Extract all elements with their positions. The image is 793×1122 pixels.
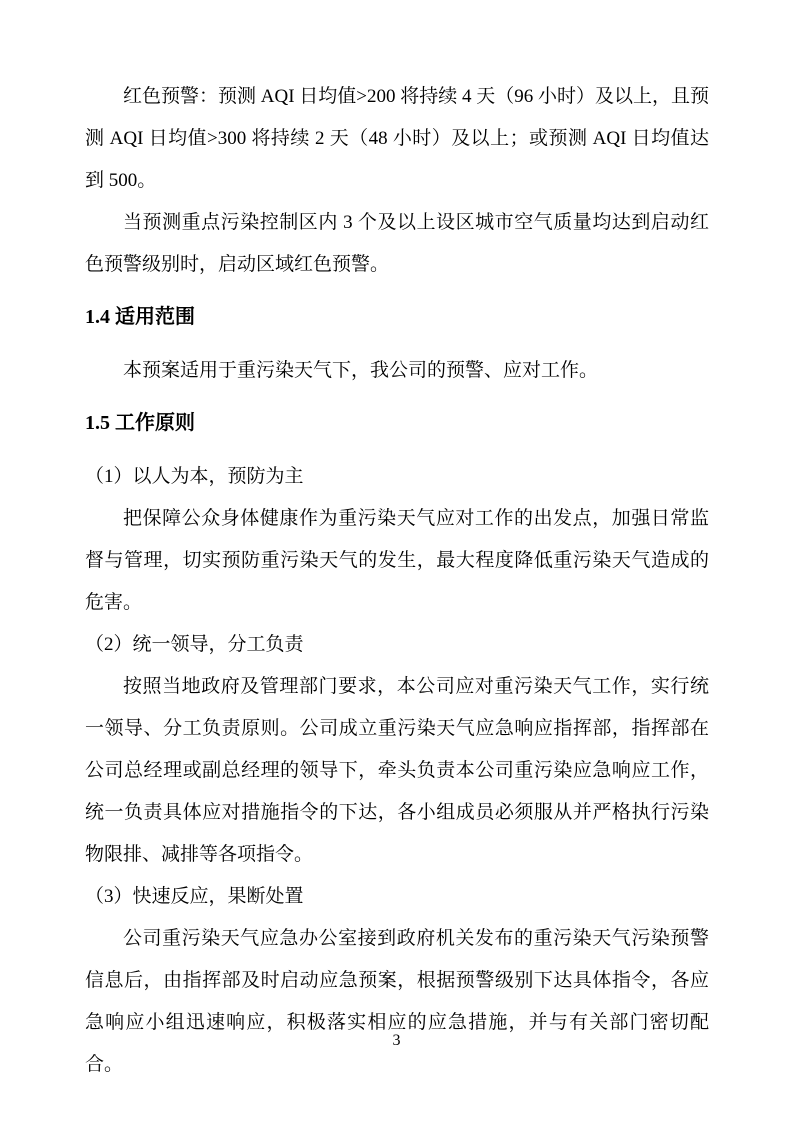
document-body: 红色预警：预测 AQI 日均值>200 将持续 4 天（96 小时）及以上，且预… bbox=[85, 76, 709, 1086]
heading-1-5-principles: 1.5 工作原则 bbox=[85, 402, 709, 444]
heading-1-4-scope: 1.4 适用范围 bbox=[85, 296, 709, 338]
list-label-principle-1: （1）以人为本，预防为主 bbox=[85, 456, 709, 498]
list-label-principle-2: （2）统一领导，分工负责 bbox=[85, 624, 709, 666]
para-scope-body: 本预案适用于重污染天气下，我公司的预警、应对工作。 bbox=[85, 350, 709, 392]
page-number: 3 bbox=[0, 1030, 793, 1052]
para-principle-3-body: 公司重污染天气应急办公室接到政府机关发布的重污染天气污染预警信息后，由指挥部及时… bbox=[85, 918, 709, 1086]
list-label-principle-3: （3）快速反应，果断处置 bbox=[85, 876, 709, 918]
para-red-alert-criteria: 红色预警：预测 AQI 日均值>200 将持续 4 天（96 小时）及以上，且预… bbox=[85, 76, 709, 202]
para-principle-2-body: 按照当地政府及管理部门要求，本公司应对重污染天气工作，实行统一领导、分工负责原则… bbox=[85, 666, 709, 876]
document-page: 红色预警：预测 AQI 日均值>200 将持续 4 天（96 小时）及以上，且预… bbox=[0, 0, 793, 1122]
para-principle-1-body: 把保障公众身体健康作为重污染天气应对工作的出发点，加强日常监督与管理，切实预防重… bbox=[85, 498, 709, 624]
para-regional-red-alert: 当预测重点污染控制区内 3 个及以上设区城市空气质量均达到启动红色预警级别时，启… bbox=[85, 202, 709, 286]
